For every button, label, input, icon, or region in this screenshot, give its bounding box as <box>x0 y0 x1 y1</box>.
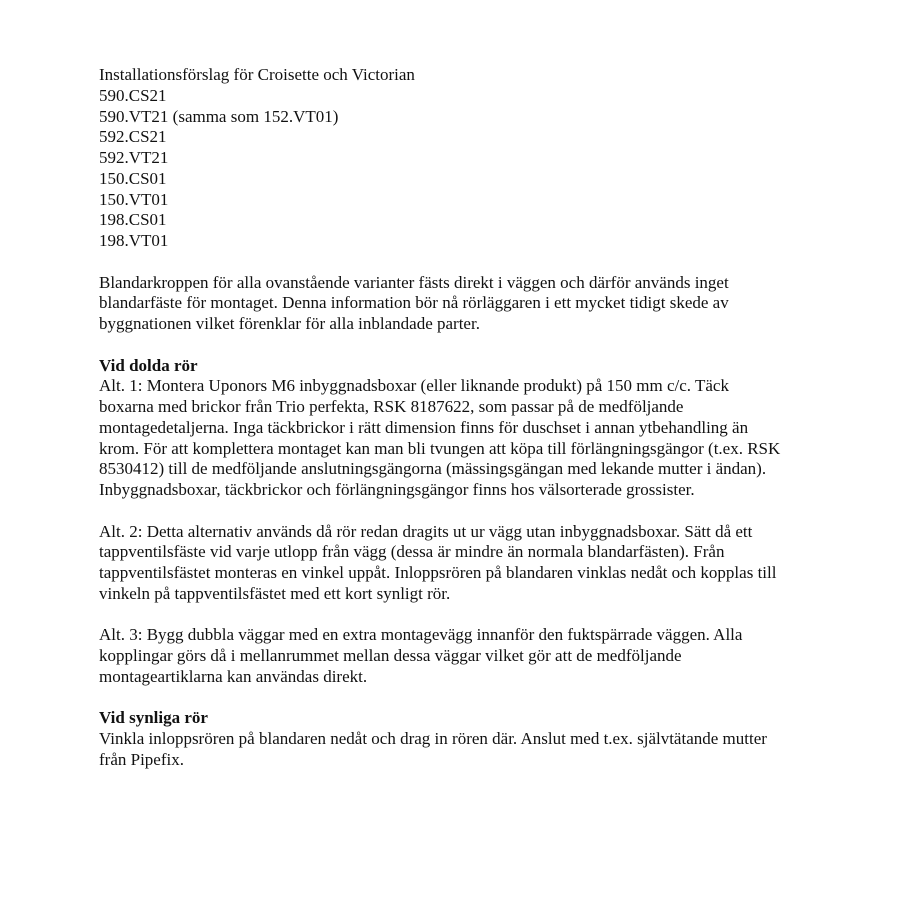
alt3-paragraph: Alt. 3: Bygg dubbla väggar med en extra … <box>99 625 859 687</box>
alt1-paragraph: Alt. 1: Montera Uponors M6 inbyggnadsbox… <box>99 376 859 501</box>
model-item: 198.CS01 <box>99 210 859 231</box>
paragraph-line: Alt. 3: Bygg dubbla väggar med en extra … <box>99 625 859 646</box>
paragraph-line: Blandarkroppen för alla ovanstående vari… <box>99 273 859 294</box>
paragraph-line: Alt. 1: Montera Uponors M6 inbyggnadsbox… <box>99 376 859 397</box>
spacer <box>99 252 859 273</box>
intro-paragraph: Blandarkroppen för alla ovanstående vari… <box>99 273 859 335</box>
paragraph-line: byggnationen vilket förenklar för alla i… <box>99 314 859 335</box>
paragraph-line: tappventilsfästet monteras en vinkel upp… <box>99 563 859 584</box>
paragraph-line: kopplingar görs då i mellanrummet mellan… <box>99 646 859 667</box>
model-item: 592.CS21 <box>99 127 859 148</box>
spacer <box>99 605 859 626</box>
document-title: Installationsförslag för Croisette och V… <box>99 65 859 86</box>
paragraph-line: Alt. 2: Detta alternativ används då rör … <box>99 522 859 543</box>
title-block: Installationsförslag för Croisette och V… <box>99 65 859 252</box>
visible-pipes-section: Vid synliga rör Vinkla inloppsrören på b… <box>99 708 859 770</box>
spacer <box>99 335 859 356</box>
model-item: 590.CS21 <box>99 86 859 107</box>
paragraph-line: tappventilsfäste vid varje utlopp från v… <box>99 542 859 563</box>
paragraph-line: montagedetaljerna. Inga täckbrickor i rä… <box>99 418 859 439</box>
paragraph-line: blandarfäste för montaget. Denna informa… <box>99 293 859 314</box>
paragraph-line: Vinkla inloppsrören på blandaren nedåt o… <box>99 729 859 750</box>
spacer <box>99 688 859 709</box>
paragraph-line: Inbyggnadsboxar, täckbrickor och förläng… <box>99 480 859 501</box>
model-item: 150.CS01 <box>99 169 859 190</box>
paragraph-line: montageartiklarna kan användas direkt. <box>99 667 859 688</box>
paragraph-line: från Pipefix. <box>99 750 859 771</box>
model-item: 592.VT21 <box>99 148 859 169</box>
paragraph-line: 8530412) till de medföljande anslutnings… <box>99 459 859 480</box>
section-heading-visible-pipes: Vid synliga rör <box>99 708 859 729</box>
alt2-paragraph: Alt. 2: Detta alternativ används då rör … <box>99 522 859 605</box>
model-item: 150.VT01 <box>99 190 859 211</box>
paragraph-line: vinkeln på tappventilsfästet med ett kor… <box>99 584 859 605</box>
spacer <box>99 501 859 522</box>
paragraph-line: krom. För att komplettera montaget kan m… <box>99 439 859 460</box>
paragraph-line: boxarna med brickor från Trio perfekta, … <box>99 397 859 418</box>
model-item: 590.VT21 (samma som 152.VT01) <box>99 107 859 128</box>
model-item: 198.VT01 <box>99 231 859 252</box>
section-heading-hidden-pipes: Vid dolda rör <box>99 356 859 377</box>
hidden-pipes-section: Vid dolda rör Alt. 1: Montera Uponors M6… <box>99 356 859 688</box>
document-page: Installationsförslag för Croisette och V… <box>99 65 859 771</box>
